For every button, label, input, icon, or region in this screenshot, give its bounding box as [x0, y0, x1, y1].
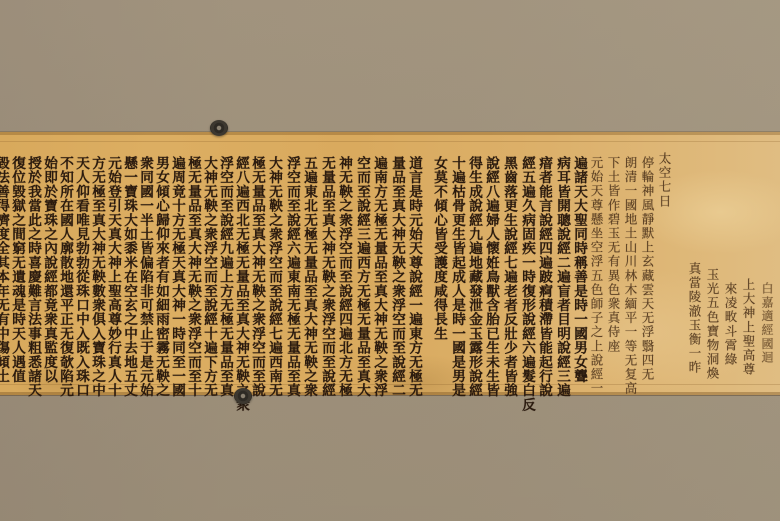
text-column: 經八遍西北无極无量品至真大神无鞅之衆	[232, 156, 249, 412]
text-column: 元始天尊懸坐空浮五色師子之上說經一	[588, 156, 605, 396]
text-column: 十遍枯骨更生皆起成人是時一國是男是	[448, 156, 465, 397]
text-column: 病耳皆開聰說經二遍盲者目明說經三遍	[553, 156, 570, 397]
text-column: 黑齒落更生說經七遍老者反壯少者皆強	[500, 156, 517, 397]
text-column: 極无量品至真大神无鞅之衆浮空而至說	[248, 156, 265, 397]
text-column: 授於我當此之時喜慶難言法事粗悉諸天	[24, 156, 41, 397]
text-column: 停輪神風靜默上玄藏雲天无浮翳四无	[639, 156, 656, 382]
text-column: 大神无鞅之衆浮空而至說經十遍下方无	[200, 156, 217, 397]
text-column: 不知所在國人廓散地還平正无復欹陷元	[56, 156, 73, 397]
text-column: 浮空而至說經九遍上方无極无量品至真	[216, 156, 233, 397]
text-column: 男女傾心歸仰來者有如細雨密霧无鞅之	[152, 156, 169, 397]
scroll-top-edge	[0, 132, 780, 135]
scroll-top-rule	[0, 141, 780, 142]
text-column: 遍南方无極无量品至真大神无鞅之衆浮	[370, 156, 387, 397]
text-column: 極无量品至真大神无鞅之衆浮空而至十	[184, 156, 201, 397]
text-column: 女莫不傾心皆受護度咸得長生	[430, 156, 447, 341]
text-column: 衆同國一半土皆偏陷非可禁止于是元始	[136, 156, 153, 397]
text-column: 經五遍久病固疾一時復形說經六遍髮白反	[518, 156, 535, 412]
text-column: 朗清一國地土山川林木緬平一等无复高	[622, 156, 639, 396]
text-column: 五遍東北无極无量品至真大神无鞅之衆	[300, 156, 317, 397]
text-column: 得生成說經九遍地藏發泄金玉露形說經	[465, 156, 482, 397]
text-column: 遍諸天大聖同時稱善是時一國男女聾	[570, 156, 587, 383]
mounting-coin-top	[210, 120, 228, 136]
text-column: 大神无鞅之衆浮空而至說經七遍西南无	[265, 156, 282, 397]
text-column: 无量品至真大神无鞅之衆浮空而至說經	[318, 156, 335, 397]
text-column: 遍周竟十方无極天真大神一時同至一國	[168, 156, 185, 397]
text-column: 瘖者能言說經四遍跛痾積滯皆能起行說	[535, 156, 552, 397]
text-column: 方无極至真大神无鞅數衆俱入寶珠之中	[88, 156, 105, 397]
text-column: 天人仰看唯見勃勃從珠口中入既入珠口	[72, 156, 89, 397]
text-column: 浮空而至說經六遍東南无極无量品至真	[283, 156, 300, 397]
text-column: 上大神上聖高尊	[740, 278, 757, 377]
text-column: 下土皆作碧玉无有異色衆真侍座	[605, 156, 622, 353]
text-column: 始即於寶珠之內說經都竟衆真監度以	[40, 156, 57, 383]
text-column: 道言是時元始天尊說經一遍東方无極无	[405, 156, 422, 397]
text-column: 神无鞅之衆浮空而至說經四遍北方无極	[335, 156, 352, 397]
text-column: 說經八遍婦人懷姙鳥獸含胎已生未生皆	[482, 156, 499, 397]
text-column: 毀法善得濟度全其本年无有中傷傾土	[0, 156, 9, 383]
text-column: 懸一寶珠大如黍米在空玄之中去地五丈	[120, 156, 137, 397]
text-column: 空而至說經三遍西方无極无量品至真大	[353, 156, 370, 397]
text-column: 量品至真大神无鞅之衆浮空而至說經二	[388, 156, 405, 397]
scripture-scroll: 白嘉適經國迴上大神上聖高尊來凌畋斗霄綠玉光五色寶物洞煥真當陵澈玉衡一昨太空七日停…	[0, 132, 780, 395]
text-column: 來凌畋斗霄綠	[722, 282, 739, 367]
mounting-coin-bottom	[234, 388, 252, 404]
text-column: 玉光五色寶物洞煥	[704, 268, 721, 381]
text-column: 元始登引天真大神上聖高尊妙行真人十	[104, 156, 121, 397]
text-column: 太空七日	[656, 152, 673, 208]
text-column: 真當陵澈玉衡一昨	[686, 262, 703, 375]
text-column: 白嘉適經國迴	[758, 282, 775, 365]
text-column: 復位毀獄之間窮无遺魂是時天人遇值	[8, 156, 25, 383]
